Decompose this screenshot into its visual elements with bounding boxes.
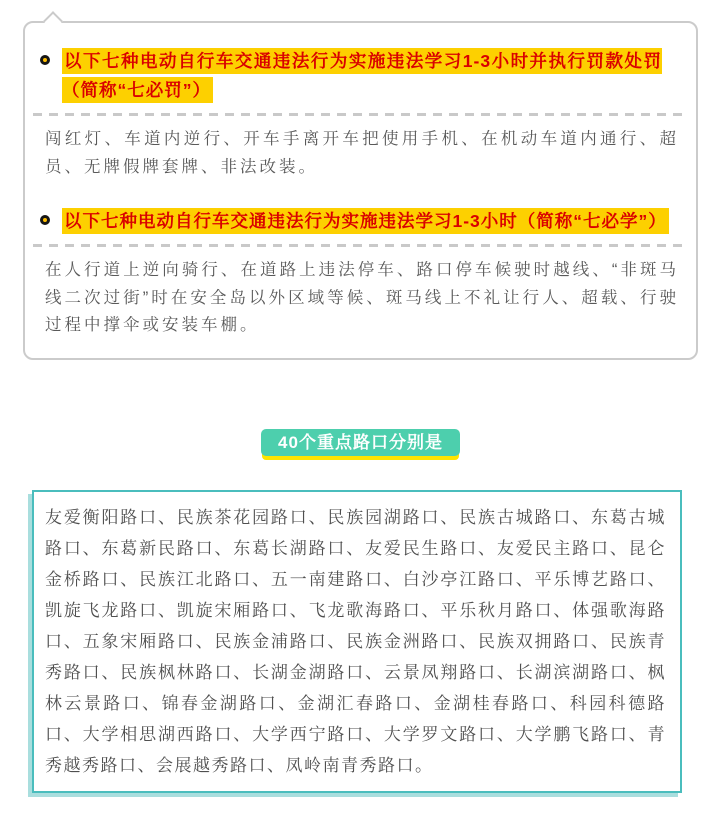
intersections-box: 友爱衡阳路口、民族茶花园路口、民族园湖路口、民族古城路口、东葛古城路口、东葛新民… <box>32 490 682 793</box>
callout-caret-icon <box>43 11 63 31</box>
section-title-badge: 40个重点路口分别是 <box>261 429 460 456</box>
article-page: { "colors": { "highlight_yellow": "#fdd0… <box>0 0 721 815</box>
rule-heading-must-learn: 以下七种电动自行车交通违法行为实施违法学习1-3小时（简称“七必学”） <box>62 207 662 236</box>
rule-heading-highlight: 以下七种电动自行车交通违法行为实施违法学习1-3小时并执行罚款处罚（简称“七必罚… <box>62 48 662 103</box>
rule-item-must-learn: 以下七种电动自行车交通违法行为实施违法学习1-3小时（简称“七必学”） <box>25 207 696 236</box>
rule-body-must-learn: 在人行道上逆向骑行、在道路上违法停车、路口停车候驶时越线、“非斑马线二次过街”时… <box>25 257 696 340</box>
dashed-divider <box>33 113 688 116</box>
bullet-circle-icon <box>40 55 50 65</box>
rules-callout-box: 以下七种电动自行车交通违法行为实施违法学习1-3小时并执行罚款处罚（简称“七必罚… <box>23 21 698 360</box>
bullet-circle-icon <box>40 215 50 225</box>
rule-heading-must-fine: 以下七种电动自行车交通违法行为实施违法学习1-3小时并执行罚款处罚（简称“七必罚… <box>62 47 662 105</box>
rule-item-must-fine: 以下七种电动自行车交通违法行为实施违法学习1-3小时并执行罚款处罚（简称“七必罚… <box>25 47 696 105</box>
intersections-text: 友爱衡阳路口、民族茶花园路口、民族园湖路口、民族古城路口、东葛古城路口、东葛新民… <box>34 492 680 791</box>
section-badge-row: 40个重点路口分别是 <box>0 429 721 456</box>
dashed-divider <box>33 244 688 247</box>
rule-body-must-fine: 闯红灯、车道内逆行、开车手离开车把使用手机、在机动车道内通行、超员、无牌假牌套牌… <box>25 126 696 181</box>
rule-heading-highlight: 以下七种电动自行车交通违法行为实施违法学习1-3小时（简称“七必学”） <box>62 208 669 234</box>
